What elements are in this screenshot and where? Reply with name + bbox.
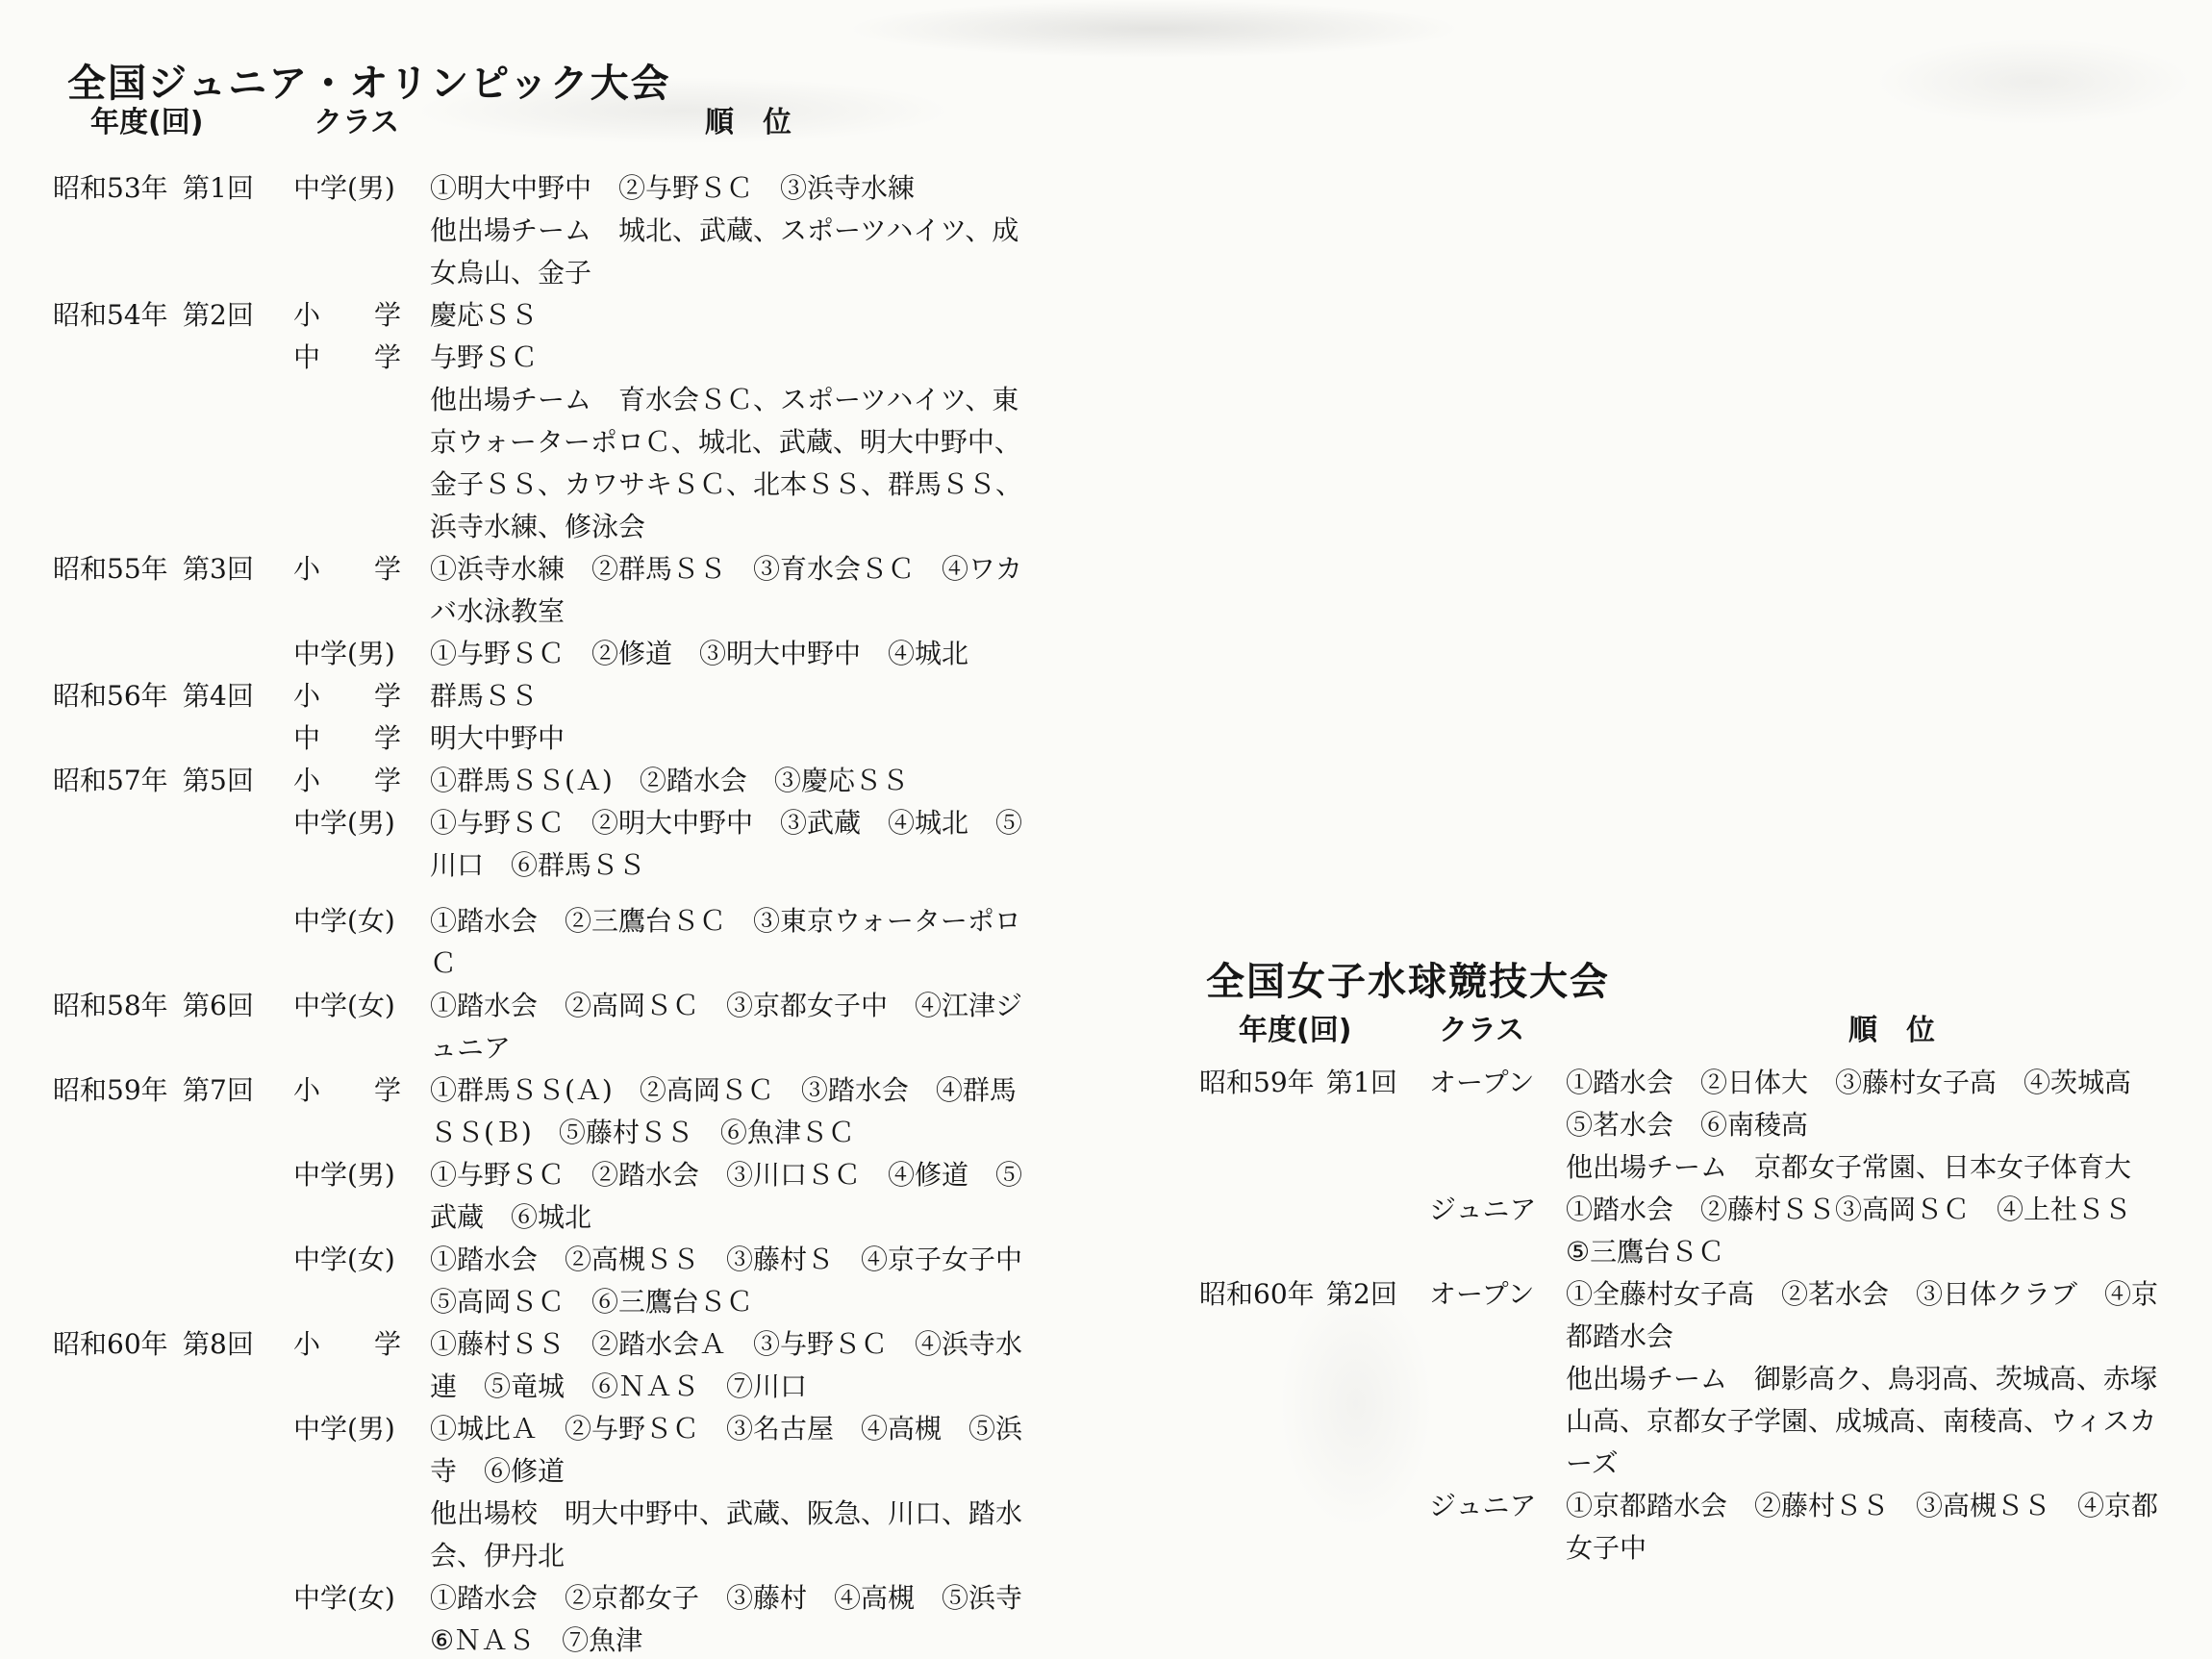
col-header-year: 年度(回) (90, 98, 203, 140)
class-cell: 中学(女) (293, 900, 430, 943)
row-entries: 小 学群馬ＳＳ中 学明大中野中 (293, 675, 1072, 760)
result-cell: 他出場チーム 御影高ク、鳥羽高、茨城高、赤塚 山高、京都女子学園、成城高、南稜高… (1566, 1358, 2186, 1485)
row-entries: 小 学①藤村ＳＳ ②踏水会Ａ ③与野ＳＣ ④浜寺水 連 ⑤竜城 ⑥ＮＡＳ ⑦川口… (293, 1323, 1072, 1659)
result-cell: 与野ＳＣ (430, 337, 1068, 379)
row-entries: 小 学①群馬ＳＳ(Ａ) ②高岡ＳＣ ③踏水会 ④群馬 ＳＳ(Ｂ) ⑤藤村ＳＳ ⑥… (293, 1069, 1072, 1323)
entry-line: 他出場チーム 御影高ク、鳥羽高、茨城高、赤塚 山高、京都女子学園、成城高、南稜高… (1429, 1358, 2212, 1485)
col-header-rank: 順 位 (705, 98, 792, 140)
scanned-document-page: 全国ジュニア・オリンピック大会 年度(回) クラス 順 位 昭和53年第1回中学… (0, 0, 2212, 1659)
class-cell: 小 学 (293, 548, 430, 591)
row-entries: 中学(女)①踏水会 ②高岡ＳＣ ③京都女子中 ④江津ジ ュニア (293, 985, 1072, 1069)
class-cell: ジュニア (1429, 1485, 1566, 1527)
year-cell: 昭和57年 (53, 760, 183, 802)
result-cell: ①踏水会 ②高槻ＳＳ ③藤村Ｓ ④京子女子中 ⑤高岡ＳＣ ⑥三鷹台ＳＣ (430, 1239, 1068, 1323)
result-cell: ①藤村ＳＳ ②踏水会Ａ ③与野ＳＣ ④浜寺水 連 ⑤竜城 ⑥ＮＡＳ ⑦川口 (430, 1323, 1068, 1408)
round-cell: 第6回 (183, 985, 293, 1027)
result-cell: 明大中野中 (430, 717, 1068, 760)
table-row: 昭和58年第6回中学(女)①踏水会 ②高岡ＳＣ ③京都女子中 ④江津ジ ュニア (53, 985, 1072, 1069)
class-cell: オープン (1429, 1062, 1566, 1104)
class-cell: オープン (1429, 1273, 1566, 1316)
result-cell: 他出場チーム 城北、武蔵、スポーツハイツ、成 女烏山、金子 (430, 210, 1068, 294)
class-cell: 中学(女) (293, 1577, 430, 1620)
entry-line: 中学(男)①与野ＳＣ ②修道 ③明大中野中 ④城北 (293, 633, 1072, 675)
entry-line: 他出場チーム 城北、武蔵、スポーツハイツ、成 女烏山、金子 (293, 210, 1072, 294)
year-cell: 昭和58年 (53, 985, 183, 1027)
table-body: 昭和53年第1回中学(男)①明大中野中 ②与野ＳＣ ③浜寺水練他出場チーム 城北… (53, 167, 1072, 1659)
class-cell: 中学(女) (293, 985, 430, 1027)
entry-line: ジュニア①踏水会 ②藤村ＳＳ③高岡ＳＣ ④上社ＳＳ ⑤三鷹台ＳＣ (1429, 1189, 2212, 1273)
entry-line: 中学(男)①城比Ａ ②与野ＳＣ ③名古屋 ④高槻 ⑤浜 寺 ⑥修道 (293, 1408, 1072, 1493)
year-cell: 昭和56年 (53, 675, 183, 717)
table-row: 昭和60年第2回オープン①全藤村女子高 ②茗水会 ③日体クラブ ④京 都踏水会他… (1199, 1273, 2212, 1570)
entry-line: 他出場チーム 育水会ＳＣ、スポーツハイツ、東 京ウォーターポロＣ、城北、武蔵、明… (293, 379, 1072, 548)
entry-line: 中 学明大中野中 (293, 717, 1072, 760)
entry-line: 中学(女)①踏水会 ②京都女子 ③藤村 ④高槻 ⑤浜寺 ⑥ＮＡＳ ⑦魚津 (293, 1577, 1072, 1659)
result-cell: ①踏水会 ②藤村ＳＳ③高岡ＳＣ ④上社ＳＳ ⑤三鷹台ＳＣ (1566, 1189, 2186, 1273)
table-row: 昭和53年第1回中学(男)①明大中野中 ②与野ＳＣ ③浜寺水練他出場チーム 城北… (53, 167, 1072, 294)
class-cell: 中学(男) (293, 802, 430, 844)
round-cell: 第2回 (183, 294, 293, 337)
round-cell: 第4回 (183, 675, 293, 717)
entry-line: 小 学①群馬ＳＳ(Ａ) ②高岡ＳＣ ③踏水会 ④群馬 ＳＳ(Ｂ) ⑤藤村ＳＳ ⑥… (293, 1069, 1072, 1154)
result-cell: 群馬ＳＳ (430, 675, 1068, 717)
class-cell: 中学(男) (293, 1408, 430, 1450)
result-cell: ①全藤村女子高 ②茗水会 ③日体クラブ ④京 都踏水会 (1566, 1273, 2186, 1358)
entry-line: 小 学①浜寺水練 ②群馬ＳＳ ③育水会ＳＣ ④ワカ バ水泳教室 (293, 548, 1072, 633)
table-row: 昭和57年第5回小 学①群馬ＳＳ(Ａ) ②踏水会 ③慶応ＳＳ中学(男)①与野ＳＣ… (53, 760, 1072, 985)
result-cell: 他出場校 明大中野中、武蔵、阪急、川口、踏水 会、伊丹北 (430, 1493, 1068, 1577)
row-entries: 小 学①浜寺水練 ②群馬ＳＳ ③育水会ＳＣ ④ワカ バ水泳教室中学(男)①与野Ｓ… (293, 548, 1072, 675)
entry-line: 他出場チーム 京都女子常園、日本女子体育大 (1429, 1146, 2212, 1189)
entry-line: 小 学慶応ＳＳ (293, 294, 1072, 337)
table-header-row: 年度(回) クラス 順 位 (1199, 1006, 2212, 1044)
table-title: 全国女子水球競技大会 (1206, 951, 1610, 1006)
row-entries: 小 学①群馬ＳＳ(Ａ) ②踏水会 ③慶応ＳＳ中学(男)①与野ＳＣ ②明大中野中 … (293, 760, 1072, 985)
result-cell: ①与野ＳＣ ②踏水会 ③川口ＳＣ ④修道 ⑤ 武蔵 ⑥城北 (430, 1154, 1068, 1239)
class-cell: 中学(男) (293, 633, 430, 675)
round-cell: 第8回 (183, 1323, 293, 1366)
class-cell: ジュニア (1429, 1189, 1566, 1231)
result-cell: ①踏水会 ②高岡ＳＣ ③京都女子中 ④江津ジ ュニア (430, 985, 1068, 1069)
entry-line: オープン①全藤村女子高 ②茗水会 ③日体クラブ ④京 都踏水会 (1429, 1273, 2212, 1358)
table-row: 昭和55年第3回小 学①浜寺水練 ②群馬ＳＳ ③育水会ＳＣ ④ワカ バ水泳教室中… (53, 548, 1072, 675)
year-cell: 昭和54年 (53, 294, 183, 337)
entry-line: オープン①踏水会 ②日体大 ③藤村女子高 ④茨城高 ⑤茗水会 ⑥南稜高 (1429, 1062, 2212, 1146)
class-cell: 中学(男) (293, 167, 430, 210)
result-cell: ①踏水会 ②三鷹台ＳＣ ③東京ウォーターポロ Ｃ (430, 900, 1068, 985)
round-cell: 第1回 (183, 167, 293, 210)
year-cell: 昭和60年 (1199, 1273, 1326, 1316)
round-cell: 第7回 (183, 1069, 293, 1112)
row-entries: オープン①踏水会 ②日体大 ③藤村女子高 ④茨城高 ⑤茗水会 ⑥南稜高他出場チー… (1429, 1062, 2212, 1273)
entry-line: 中学(男)①与野ＳＣ ②踏水会 ③川口ＳＣ ④修道 ⑤ 武蔵 ⑥城北 (293, 1154, 1072, 1239)
entry-line: 中学(女)①踏水会 ②高岡ＳＣ ③京都女子中 ④江津ジ ュニア (293, 985, 1072, 1069)
result-cell: 慶応ＳＳ (430, 294, 1068, 337)
result-cell: ①明大中野中 ②与野ＳＣ ③浜寺水練 (430, 167, 1068, 210)
class-cell: 小 学 (293, 1323, 430, 1366)
result-cell: ①踏水会 ②京都女子 ③藤村 ④高槻 ⑤浜寺 ⑥ＮＡＳ ⑦魚津 (430, 1577, 1068, 1659)
round-cell: 第2回 (1326, 1273, 1429, 1316)
table-row: 昭和56年第4回小 学群馬ＳＳ中 学明大中野中 (53, 675, 1072, 760)
row-entries: 中学(男)①明大中野中 ②与野ＳＣ ③浜寺水練他出場チーム 城北、武蔵、スポーツ… (293, 167, 1072, 294)
round-cell: 第1回 (1326, 1062, 1429, 1104)
entry-line: 小 学①群馬ＳＳ(Ａ) ②踏水会 ③慶応ＳＳ (293, 760, 1072, 802)
row-entries: 小 学慶応ＳＳ中 学与野ＳＣ他出場チーム 育水会ＳＣ、スポーツハイツ、東 京ウォ… (293, 294, 1072, 548)
col-header-class: クラス (1439, 1006, 1524, 1048)
result-cell: ①踏水会 ②日体大 ③藤村女子高 ④茨城高 ⑤茗水会 ⑥南稜高 (1566, 1062, 2186, 1146)
entry-line: 小 学①藤村ＳＳ ②踏水会Ａ ③与野ＳＣ ④浜寺水 連 ⑤竜城 ⑥ＮＡＳ ⑦川口 (293, 1323, 1072, 1408)
col-header-rank: 順 位 (1848, 1006, 1935, 1048)
result-cell: 他出場チーム 京都女子常園、日本女子体育大 (1566, 1146, 2186, 1189)
year-cell: 昭和59年 (1199, 1062, 1326, 1104)
year-cell: 昭和60年 (53, 1323, 183, 1366)
class-cell: 中 学 (293, 717, 430, 760)
result-cell: ①群馬ＳＳ(Ａ) ②高岡ＳＣ ③踏水会 ④群馬 ＳＳ(Ｂ) ⑤藤村ＳＳ ⑥魚津Ｓ… (430, 1069, 1068, 1154)
result-cell: ①浜寺水練 ②群馬ＳＳ ③育水会ＳＣ ④ワカ バ水泳教室 (430, 548, 1068, 633)
class-cell: 中学(男) (293, 1154, 430, 1196)
result-cell: ①京都踏水会 ②藤村ＳＳ ③高槻ＳＳ ④京都 女子中 (1566, 1485, 2186, 1570)
entry-line: 中学(男)①明大中野中 ②与野ＳＣ ③浜寺水練 (293, 167, 1072, 210)
class-cell: 中 学 (293, 337, 430, 379)
year-cell: 昭和59年 (53, 1069, 183, 1112)
entry-line: 中学(女)①踏水会 ②高槻ＳＳ ③藤村Ｓ ④京子女子中 ⑤高岡ＳＣ ⑥三鷹台ＳＣ (293, 1239, 1072, 1323)
col-header-class: クラス (314, 98, 399, 140)
class-cell: 小 学 (293, 1069, 430, 1112)
table-row: 昭和60年第8回小 学①藤村ＳＳ ②踏水会Ａ ③与野ＳＣ ④浜寺水 連 ⑤竜城 … (53, 1323, 1072, 1659)
result-cell: ①与野ＳＣ ②修道 ③明大中野中 ④城北 (430, 633, 1068, 675)
table-row: 昭和59年第1回オープン①踏水会 ②日体大 ③藤村女子高 ④茨城高 ⑤茗水会 ⑥… (1199, 1062, 2212, 1273)
class-cell: 小 学 (293, 760, 430, 802)
entry-line: 他出場校 明大中野中、武蔵、阪急、川口、踏水 会、伊丹北 (293, 1493, 1072, 1577)
table-header-row: 年度(回) クラス 順 位 (53, 98, 1111, 137)
entry-line: 中学(女)①踏水会 ②三鷹台ＳＣ ③東京ウォーターポロ Ｃ (293, 900, 1072, 985)
row-entries: オープン①全藤村女子高 ②茗水会 ③日体クラブ ④京 都踏水会他出場チーム 御影… (1429, 1273, 2212, 1570)
result-cell: ①群馬ＳＳ(Ａ) ②踏水会 ③慶応ＳＳ (430, 760, 1068, 802)
class-cell: 小 学 (293, 675, 430, 717)
year-cell: 昭和55年 (53, 548, 183, 591)
result-cell: 他出場チーム 育水会ＳＣ、スポーツハイツ、東 京ウォーターポロＣ、城北、武蔵、明… (430, 379, 1068, 548)
scan-smudge (846, 0, 1462, 58)
round-cell: 第3回 (183, 548, 293, 591)
class-cell: 小 学 (293, 294, 430, 337)
entry-line: 中 学与野ＳＣ (293, 337, 1072, 379)
table-body: 昭和59年第1回オープン①踏水会 ②日体大 ③藤村女子高 ④茨城高 ⑤茗水会 ⑥… (1199, 1062, 2212, 1570)
table-row: 昭和54年第2回小 学慶応ＳＳ中 学与野ＳＣ他出場チーム 育水会ＳＣ、スポーツハ… (53, 294, 1072, 548)
entry-line: 中学(男)①与野ＳＣ ②明大中野中 ③武蔵 ④城北 ⑤ 川口 ⑥群馬ＳＳ (293, 802, 1072, 887)
entry-line: ジュニア①京都踏水会 ②藤村ＳＳ ③高槻ＳＳ ④京都 女子中 (1429, 1485, 2212, 1570)
entry-line: 小 学群馬ＳＳ (293, 675, 1072, 717)
table-row: 昭和59年第7回小 学①群馬ＳＳ(Ａ) ②高岡ＳＣ ③踏水会 ④群馬 ＳＳ(Ｂ)… (53, 1069, 1072, 1323)
result-cell: ①城比Ａ ②与野ＳＣ ③名古屋 ④高槻 ⑤浜 寺 ⑥修道 (430, 1408, 1068, 1493)
class-cell: 中学(女) (293, 1239, 430, 1281)
col-header-year: 年度(回) (1239, 1006, 1351, 1048)
result-cell: ①与野ＳＣ ②明大中野中 ③武蔵 ④城北 ⑤ 川口 ⑥群馬ＳＳ (430, 802, 1068, 887)
scan-smudge (1875, 38, 2193, 125)
round-cell: 第5回 (183, 760, 293, 802)
year-cell: 昭和53年 (53, 167, 183, 210)
